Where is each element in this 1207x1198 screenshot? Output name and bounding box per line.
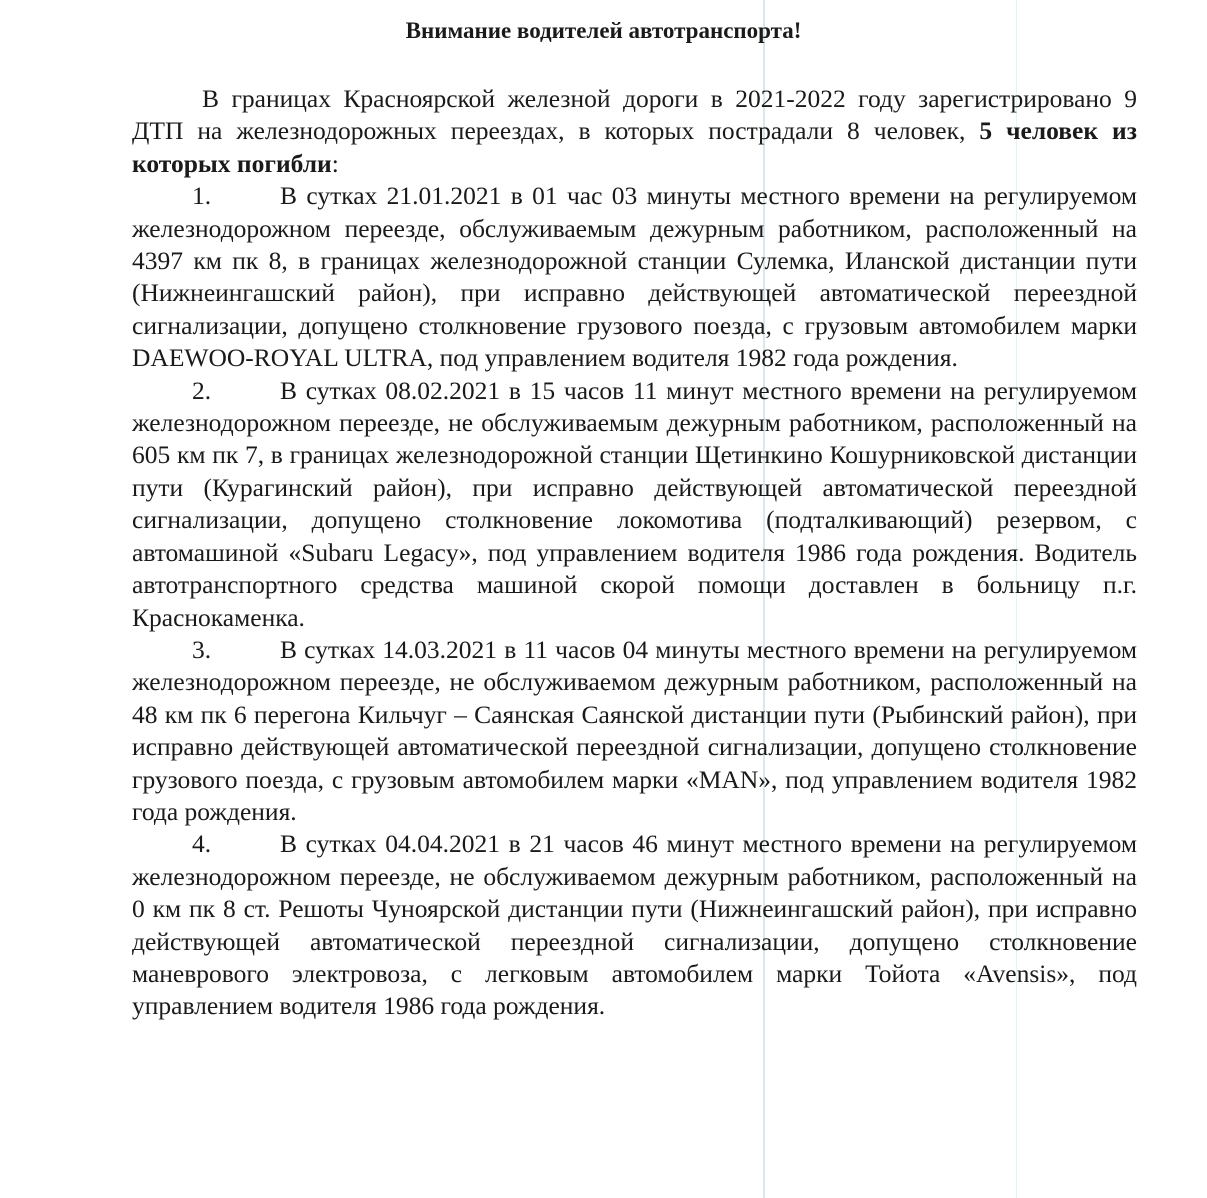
document-title: Внимание водителей автотранспорта! xyxy=(0,18,1207,44)
incident-number: 4. xyxy=(192,828,280,860)
incident-item: 4.В сутках 04.04.2021 в 21 часов 46 мину… xyxy=(132,828,1137,1022)
intro-paragraph: В границах Красноярской железной дороги … xyxy=(132,83,1137,180)
incident-item: 2.В сутках 08.02.2021 в 15 часов 11 мину… xyxy=(132,375,1137,634)
incident-item: 1.В сутках 21.01.2021 в 01 час 03 минуты… xyxy=(132,180,1137,374)
incident-text: В сутках 21.01.2021 в 01 час 03 минуты м… xyxy=(132,181,1137,372)
incident-item: 3.В сутках 14.03.2021 в 11 часов 04 мину… xyxy=(132,634,1137,828)
incident-text: В сутках 14.03.2021 в 11 часов 04 минуты… xyxy=(132,635,1137,826)
incident-text: В сутках 04.04.2021 в 21 часов 46 минут … xyxy=(132,829,1137,1020)
incident-number: 3. xyxy=(192,634,280,666)
incident-number: 2. xyxy=(192,375,280,407)
intro-tail: : xyxy=(332,149,339,178)
incident-number: 1. xyxy=(192,180,280,212)
incident-text: В сутках 08.02.2021 в 15 часов 11 минут … xyxy=(132,376,1137,632)
document-body: В границах Красноярской железной дороги … xyxy=(132,83,1137,1023)
